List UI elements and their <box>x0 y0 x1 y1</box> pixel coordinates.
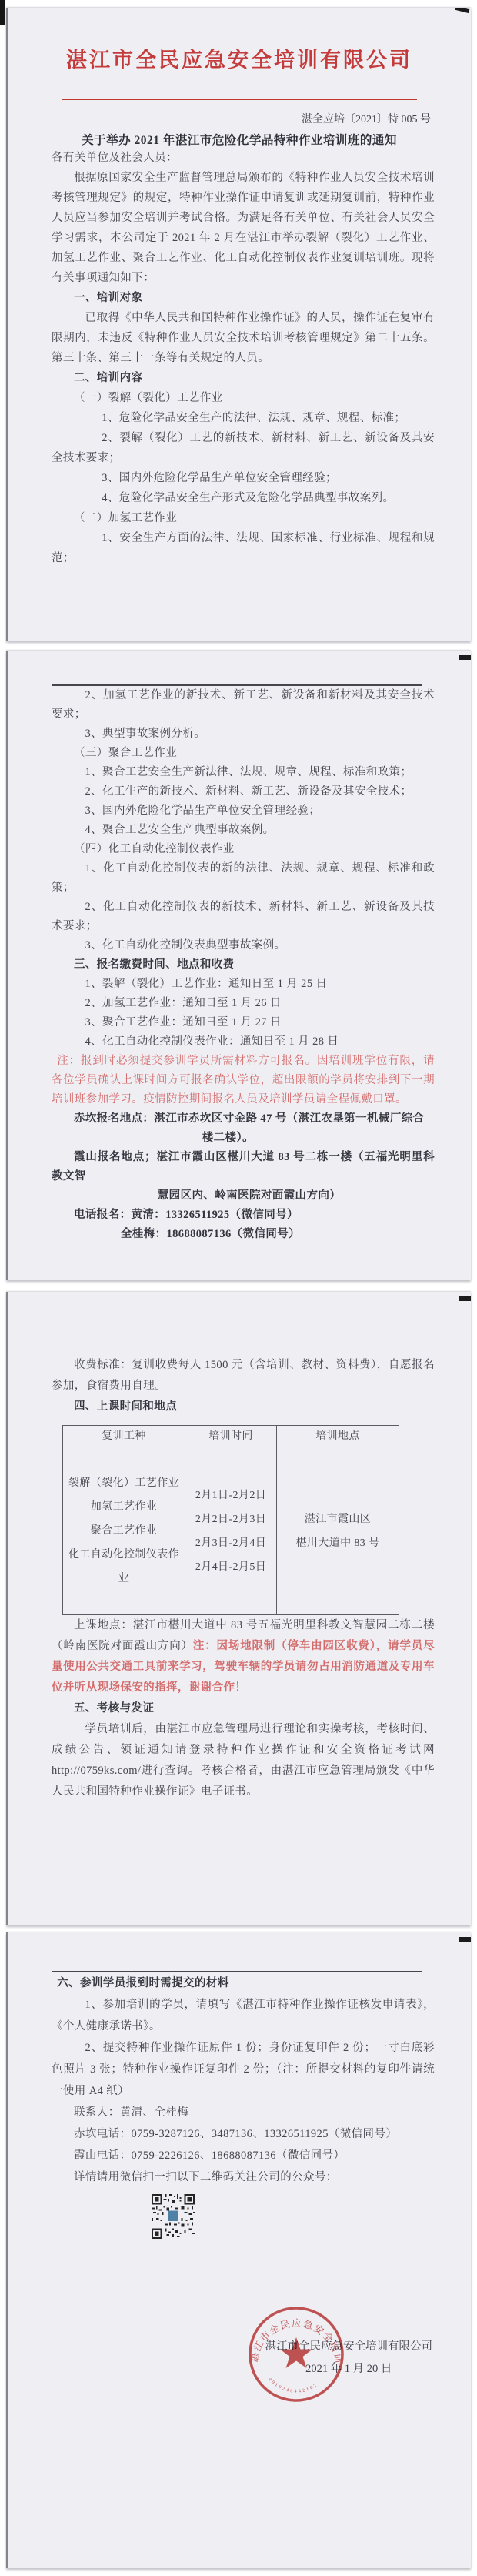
intro-paragraph: 根据原国家安全生产监督管理总局颁布的《特种作业人员安全技术培训考核管理规定》的规… <box>52 168 435 288</box>
job-column: 裂解（裂化）工艺作业 加氢工艺作业 聚合工艺作业 化工自动化控制仪表作业 <box>63 1447 185 1614</box>
registration-note-red: 注：报到时必须提交参训学员所需材料方可报名。因培训班学位有限，请各位学员确认上课… <box>52 1052 435 1109</box>
doc-line: 3、化工自动化控制仪表典型事故案例。 <box>52 936 435 955</box>
table-cell-time: 2月1日-2月2日 <box>185 1484 276 1507</box>
doc-line: 2、化工生产的新技术、新材料、新工艺、新设备及其安全技术； <box>52 782 435 801</box>
doc-line: 4、化工自动化控制仪表作业：通知日至 1 月 28 日 <box>52 1032 435 1052</box>
doc-line: 2、化工自动化控制仪表的新技术、新材料、新工艺、新设备及其技术要求； <box>52 898 435 936</box>
qrcode-tip-line: 详情请用微信扫一扫以下二维码关注公司的公众号： <box>52 2166 435 2188</box>
doc-line: 3、典型事故案例分析。 <box>52 724 435 744</box>
class-location-paragraph: 上课地点：湛江市椹川大道中 83 号五福光明里科教文智慧园二栋二楼（岭南医院对面… <box>52 1615 435 1698</box>
doc-line: 2、加氢工艺作业：通知日至 1 月 26 日 <box>52 994 435 1013</box>
table-cell-job: 聚合工艺作业 <box>63 1519 185 1543</box>
section-5-heading: 五、考核与发证 <box>52 1698 435 1719</box>
svg-text:4919240442162: 4919240442162 <box>268 2377 319 2394</box>
document-page-3: 收费标准：复训收费每人 1500 元（含培训、教材、资料费），自愿报名参加，食宿… <box>6 1292 471 1925</box>
xiashan-address-line2: 慧园区内、岭南医院对面霞山方向） <box>52 1186 435 1206</box>
table-cell-job: 加氢工艺作业 <box>63 1495 185 1519</box>
location-column: 湛江市霞山区 椹川大道中 83 号 <box>277 1447 399 1614</box>
table-cell-job: 化工自动化控制仪表作业 <box>63 1543 185 1591</box>
doc-line: 3、聚合工艺作业：通知日至 1 月 27 日 <box>52 1013 435 1032</box>
doc-line: 2、加氢工艺作业的新技术、新工艺、新设备和新材料及其安全技术要求； <box>52 686 435 724</box>
qrcode-graphic <box>152 2194 195 2239</box>
phone-registration-line2: 全桂梅：18688087136（微信同号） <box>52 1225 435 1244</box>
col-header-job: 复训工种 <box>63 1426 185 1447</box>
col-header-location: 培训地点 <box>277 1426 399 1447</box>
scan-edge-smudge <box>0 0 5 25</box>
time-column: 2月1日-2月2日 2月2日-2月3日 2月3日-2月4日 2月4日-2月5日 <box>185 1447 277 1614</box>
schedule-table-header: 复训工种 培训时间 培训地点 <box>63 1426 399 1447</box>
doc-line: 1、聚合工艺安全生产新法律、法规、规章、规程、标准和政策； <box>52 763 435 782</box>
section-2-heading: 二、培训内容 <box>52 368 435 388</box>
scanned-notice-document: { "colors":{"header_red":"#c43b3b","note… <box>0 0 477 2576</box>
doc-line: 1、化工自动化控制仪表的新的法律、法规、规章、规程、标准和政策； <box>52 859 435 898</box>
table-cell-job: 裂解（裂化）工艺作业 <box>63 1471 185 1495</box>
schedule-table: 复训工种 培训时间 培训地点 裂解（裂化）工艺作业 加氢工艺作业 聚合工艺作业 … <box>62 1425 399 1615</box>
notice-title: 关于举办 2021 年湛江市危险化学品特种作业培训班的通知 <box>8 131 471 148</box>
doc-line: 1、安全生产方面的法律、法规、国家标准、行业标准、规程和规范； <box>52 528 435 568</box>
section-1-heading: 一、培训对象 <box>52 288 435 308</box>
chikan-address-line1: 赤坎报名地点：湛江市赤坎区寸金路 47 号（湛江农垦第一机械厂综合 <box>52 1109 435 1129</box>
doc-line: 2、裂解（裂化）工艺的新技术、新材料、新工艺、新设备及其安全技术要求； <box>52 428 435 468</box>
salutation: 各有关单位及社会人员： <box>52 148 435 168</box>
doc-line: 1、危险化学品安全生产的法律、法规、规章、规程、标准； <box>52 408 435 428</box>
section-3-heading: 三、报名缴费时间、地点和收费 <box>52 955 435 975</box>
chikan-address-line2: 楼二楼）。 <box>52 1129 435 1148</box>
qrcode-image <box>152 2194 195 2246</box>
table-cell-location: 湛江市霞山区 <box>277 1507 399 1531</box>
seal-star-icon <box>280 2337 312 2368</box>
table-cell-time: 2月4日-2月5日 <box>185 1555 276 1579</box>
document-page-2: 2、加氢工艺作业的新技术、新工艺、新设备和新材料及其安全技术要求； 3、典型事故… <box>6 651 471 1280</box>
table-cell-time: 2月3日-2月4日 <box>185 1531 276 1555</box>
xiashan-phone-line: 霞山电话：0759-2226126、18688087136（微信同号） <box>52 2145 435 2166</box>
doc-line: 3、国内外危险化学品生产单位安全管理经验； <box>52 468 435 488</box>
scan-corner-mark <box>459 655 471 660</box>
doc-line: 4、危险化学品安全生产形式及危险化学品典型事故案列。 <box>52 488 435 508</box>
xiashan-address-line1: 霞山报名地点；湛江市霞山区椹川大道 83 号二栋一楼（五福光明里科教文智 <box>52 1148 435 1186</box>
contact-person-line: 联系人：黄清、全桂梅 <box>52 2102 435 2123</box>
phone-registration-line: 电话报名：黄清：13326511925（微信同号） <box>52 1206 435 1225</box>
letterhead-org-name: 湛江市全民应急安全培训有限公司 <box>8 45 471 75</box>
subsection-2-heading: （二）加氢工艺作业 <box>52 508 435 528</box>
doc-line: 4、聚合工艺安全生产典型事故案例。 <box>52 821 435 840</box>
chikan-phone-line: 赤坎电话：0759-3287126、3487136、13326511925（微信… <box>52 2123 435 2145</box>
subsection-4-heading: （四）化工自动化控制仪表作业 <box>52 840 435 859</box>
scan-corner-mark <box>459 1937 471 1942</box>
table-cell-time: 2月2日-2月3日 <box>185 1507 276 1531</box>
doc-number: 湛全应培〔2021〕特 005 号 <box>8 111 471 126</box>
doc-line: 1、裂解（裂化）工艺作业：通知日至 1 月 25 日 <box>52 975 435 994</box>
document-page-4: 六、参训学员报到时需提交的材料 1、参加培训的学员，请填写《湛江市特种作业操作证… <box>6 1932 471 2568</box>
doc-line: 3、国内外危险化学品生产单位安全管理经验； <box>52 801 435 821</box>
subsection-1-heading: （一）裂解（裂化）工艺作业 <box>52 388 435 408</box>
section-5-body: 学员培训后，由湛江市应急管理局进行理论和实操考核，考核时间、成绩公告、领证通知请… <box>52 1719 435 1802</box>
doc-line: 2、提交特种作业操作证原件 1 份；身份证复印件 2 份；一寸白底彩色照片 3 … <box>52 2037 435 2102</box>
letterhead-divider <box>62 99 417 100</box>
doc-line: 1、参加培训的学员，请填写《湛江市特种作业操作证核发申请表》，《个人健康承诺书》… <box>52 1994 435 2037</box>
table-cell-location: 椹川大道中 83 号 <box>277 1531 399 1555</box>
fee-paragraph: 收费标准：复训收费每人 1500 元（含培训、教材、资料费），自愿报名参加，食宿… <box>52 1355 435 1397</box>
schedule-table-body: 裂解（裂化）工艺作业 加氢工艺作业 聚合工艺作业 化工自动化控制仪表作业 2月1… <box>63 1447 399 1614</box>
document-page-1: 湛江市全民应急安全培训有限公司 湛全应培〔2021〕特 005 号 关于举办 2… <box>6 8 471 641</box>
scan-corner-mark <box>455 8 470 13</box>
section-1-body: 已取得《中华人民共和国特种作业操作证》的人员，操作证在复审有限期内，未违反《特种… <box>52 308 435 368</box>
scan-corner-mark <box>459 1296 471 1301</box>
company-seal-stamp: 湛江市全民应急安全培训有限公司 4919240442162 <box>246 2304 346 2404</box>
section-6-heading: 六、参训学员报到时需提交的材料 <box>52 1972 435 1994</box>
section-4-heading: 四、上课时间和地点 <box>52 1397 435 1417</box>
col-header-time: 培训时间 <box>185 1426 277 1447</box>
seal-serial-text: 4919240442162 <box>268 2377 319 2394</box>
subsection-3-heading: （三）聚合工艺作业 <box>52 744 435 763</box>
